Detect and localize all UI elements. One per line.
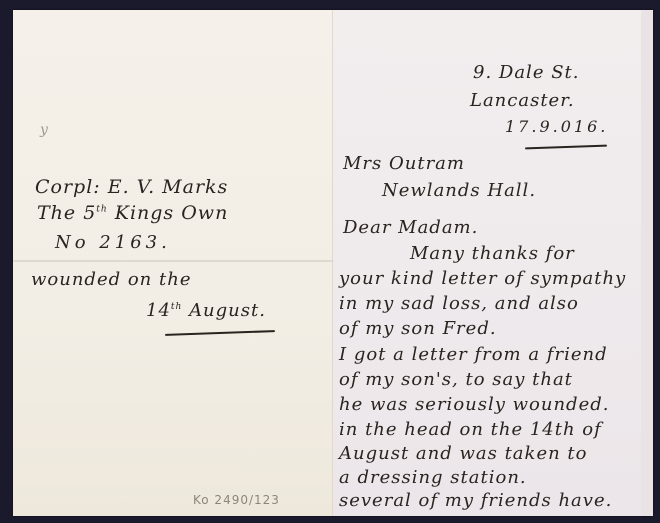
right-page: 9. Dale St. Lancaster. 17.9.016. Mrs Out… bbox=[333, 10, 641, 516]
address-line-2: Lancaster. bbox=[470, 90, 575, 111]
service-number: No 2163. bbox=[55, 232, 171, 253]
body-line: I got a letter from a friend bbox=[339, 344, 608, 365]
letter-date: 17.9.016. bbox=[505, 117, 608, 136]
recipient-name: Mrs Outram bbox=[343, 153, 465, 174]
body-line: of my son Fred. bbox=[339, 318, 497, 339]
archive-reference: Ko 2490/123 bbox=[193, 493, 280, 507]
regiment-prefix: The bbox=[37, 202, 76, 224]
wounded-sup: th bbox=[171, 302, 182, 312]
wounded-month: August. bbox=[189, 300, 266, 321]
body-line: your kind letter of sympathy bbox=[339, 268, 626, 289]
date-underline bbox=[165, 330, 275, 336]
body-line: in my sad loss, and also bbox=[339, 293, 579, 314]
date-underline bbox=[525, 145, 607, 150]
wounded-day: 14 bbox=[146, 300, 171, 321]
address-line-1: 9. Dale St. bbox=[473, 62, 579, 83]
regiment-line: The 5th Kings Own bbox=[37, 202, 228, 224]
left-page: y Corpl: E. V. Marks The 5th Kings Own N… bbox=[13, 10, 333, 516]
regiment-name: Kings Own bbox=[115, 202, 229, 224]
salutation: Dear Madam. bbox=[343, 217, 478, 238]
body-line: in the head on the 14th of bbox=[339, 419, 602, 440]
body-line: several of my friends have. bbox=[339, 490, 612, 511]
regiment-num: 5 bbox=[83, 202, 96, 224]
letter-paper: y Corpl: E. V. Marks The 5th Kings Own N… bbox=[13, 10, 653, 516]
body-line: a dressing station. bbox=[339, 467, 527, 488]
wounded-line: wounded on the bbox=[31, 269, 191, 290]
regiment-sup: th bbox=[96, 205, 107, 215]
body-line: Many thanks for bbox=[410, 243, 575, 264]
recipient-address: Newlands Hall. bbox=[382, 180, 536, 201]
soldier-name: Corpl: E. V. Marks bbox=[35, 176, 228, 198]
body-line: he was seriously wounded. bbox=[339, 394, 609, 415]
wounded-date: 14th August. bbox=[146, 300, 266, 321]
body-line: August and was taken to bbox=[339, 443, 587, 464]
pencil-mark: y bbox=[40, 122, 49, 138]
horizontal-fold bbox=[13, 260, 333, 262]
body-line: of my son's, to say that bbox=[339, 369, 573, 390]
